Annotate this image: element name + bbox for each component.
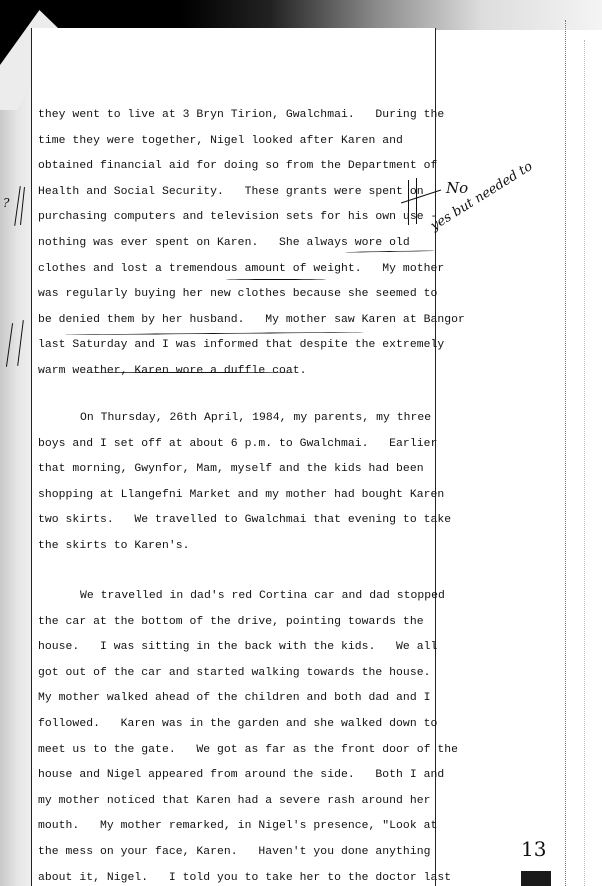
text-line: my mother noticed that Karen had a sever…: [38, 789, 418, 815]
margin-mark-double-bar-left: [408, 180, 409, 225]
margin-mark-double-bar-right: [416, 178, 417, 224]
text-line: shopping at Llangefni Market and my moth…: [38, 483, 418, 509]
handwritten-note-no: No: [446, 179, 468, 197]
text-line: boys and I set off at about 6 p.m. to Gw…: [38, 432, 418, 458]
text-line: the skirts to Karen's.: [38, 534, 418, 560]
text-line: On Thursday, 26th April, 1984, my parent…: [38, 406, 418, 432]
next-page-edge: [565, 20, 566, 886]
text-line: time they were together, Nigel looked af…: [38, 129, 418, 155]
text-line: mouth. My mother remarked, in Nigel's pr…: [38, 814, 418, 840]
text-line: meet us to the gate. We got as far as th…: [38, 738, 418, 764]
text-line: purchasing computers and television sets…: [38, 205, 418, 231]
text-line: two skirts. We travelled to Gwalchmai th…: [38, 508, 418, 534]
text-line: they went to live at 3 Bryn Tirion, Gwal…: [38, 103, 418, 129]
text-line: was regularly buying her new clothes bec…: [38, 282, 418, 308]
text-line: We travelled in dad's red Cortina car an…: [38, 584, 418, 610]
text-line: obtained financial aid for doing so from…: [38, 154, 418, 180]
paragraph-3: We travelled in dad's red Cortina car an…: [38, 584, 418, 886]
text-line: got out of the car and started walking t…: [38, 661, 418, 687]
next-page-edge-2: [584, 40, 585, 886]
paragraph-2: On Thursday, 26th April, 1984, my parent…: [38, 406, 418, 560]
page-number: 13: [521, 837, 546, 861]
text-line: clothes and lost a tremendous amount of …: [38, 257, 418, 283]
text-line: the car at the bottom of the drive, poin…: [38, 610, 418, 636]
handwritten-note-yes-but: yes but needed to: [428, 159, 535, 234]
handwritten-underline-weight: [226, 279, 326, 280]
text-line: last Saturday and I was informed that de…: [38, 333, 418, 359]
text-line: house. I was sitting in the back with th…: [38, 635, 418, 661]
text-line: Health and Social Security. These grants…: [38, 180, 418, 206]
paragraph-1: they went to live at 3 Bryn Tirion, Gwal…: [38, 103, 418, 385]
text-line: followed. Karen was in the garden and sh…: [38, 712, 418, 738]
text-line: My mother walked ahead of the children a…: [38, 686, 418, 712]
left-margin-question: ?: [3, 196, 9, 210]
text-line: the mess on your face, Karen. Haven't yo…: [38, 840, 418, 866]
text-line: house and Nigel appeared from around the…: [38, 763, 418, 789]
scan-stamp: [521, 871, 551, 886]
scan-top-shadow: [0, 0, 602, 30]
text-line: be denied them by her husband. My mother…: [38, 308, 418, 334]
text-line: nothing was ever spent on Karen. She alw…: [38, 231, 418, 257]
handwritten-underline-duffle-coat: [85, 372, 295, 373]
text-line: that morning, Gwynfor, Mam, myself and t…: [38, 457, 418, 483]
text-line: about it, Nigel. I told you to take her …: [38, 866, 418, 886]
